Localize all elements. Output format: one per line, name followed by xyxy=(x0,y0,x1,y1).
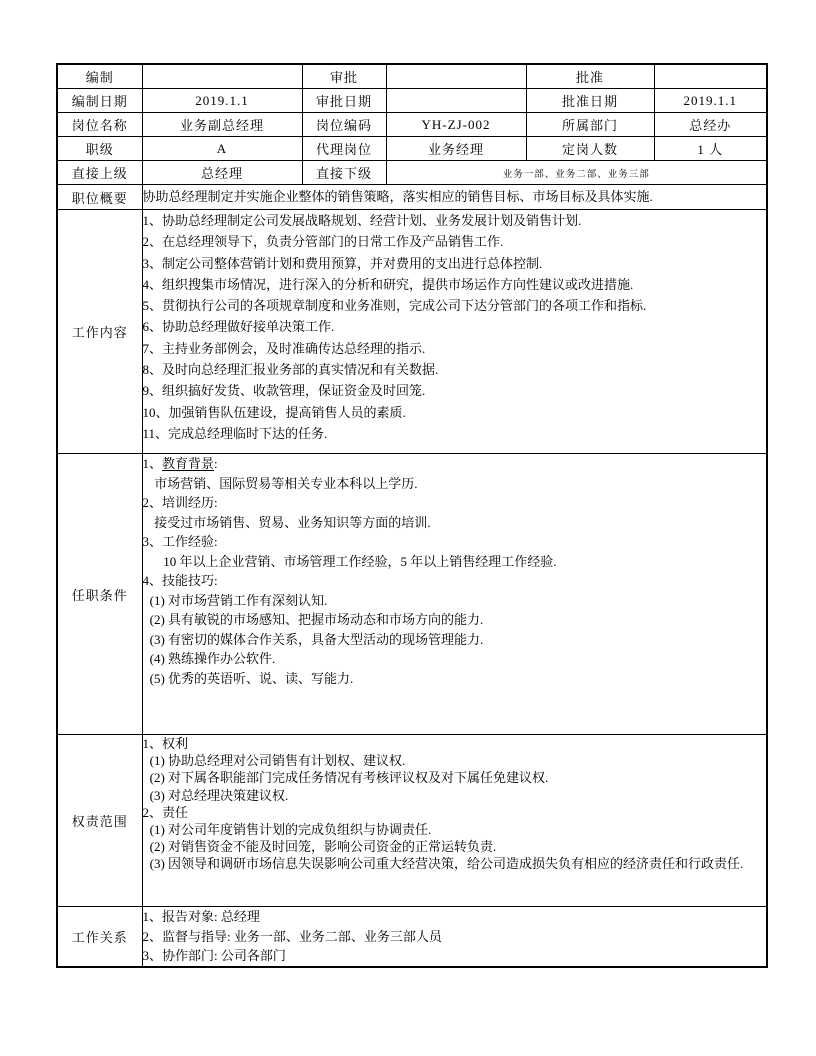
text-line: 3、协作部门: 公司各部门 xyxy=(143,946,767,966)
text-run: 2、监督与指导: 业务一部、业务二部、业务三部人员 xyxy=(143,929,442,944)
section-duties: 工作内容 1、协助总经理制定公司发展战略规划、经营计划、业务发展计划及销售计划.… xyxy=(57,210,767,454)
text-line: (3) 因领导和调研市场信息失误影响公司重大经营决策，给公司造成损失负有相应的经… xyxy=(143,855,767,872)
text-run: 4、组织搜集市场情况，进行深入的分析和研究，提供市场运作方向性建议或改进措施. xyxy=(143,277,634,292)
text-line: 11、完成总经理临时下达的任务. xyxy=(143,423,767,444)
info-label-cell: 职级 xyxy=(57,137,142,161)
section-authority: 权责范围 1、权利(1) 协助总经理对公司销售有计划权、建议权.(2) 对下属各… xyxy=(57,735,767,907)
info-label-cell: 审批 xyxy=(302,64,386,89)
text-line: 6、协助总经理做好接单决策工作. xyxy=(143,316,767,337)
info-value-cell: 总经办 xyxy=(654,113,767,137)
text-line: (1) 对公司年度销售计划的完成负组织与协调责任. xyxy=(143,821,767,838)
section-title-qualifications: 任职条件 xyxy=(57,454,142,735)
info-label-cell: 定岗人数 xyxy=(526,137,654,161)
text-run: : xyxy=(214,456,218,471)
info-value-cell: A xyxy=(142,137,302,161)
info-row: 岗位名称业务副总经理岗位编码YH-ZJ-002所属部门总经办 xyxy=(57,113,767,137)
section-qualifications: 任职条件 1、教育背景:市场营销、国际贸易等相关专业本科以上学历.2、培训经历:… xyxy=(57,454,767,735)
info-label-cell: 岗位编码 xyxy=(302,113,386,137)
text-line: (3) 有密切的媒体合作关系，具备大型活动的现场管理能力. xyxy=(143,630,767,650)
text-run: (1) 对公司年度销售计划的完成负组织与协调责任. xyxy=(150,822,432,837)
text-run: 1、权利 xyxy=(143,736,189,751)
text-line: 1、教育背景: xyxy=(143,454,767,474)
section-summary: 职位概要 协助总经理制定并实施企业整体的销售策略，落实相应的销售目标、市场目标及… xyxy=(57,185,767,210)
text-run: 10 年以上企业营销、市场管理工作经验，5 年以上销售经理工作经验. xyxy=(163,554,556,569)
text-line: 1、协助总经理制定公司发展战略规划、经营计划、业务发展计划及销售计划. xyxy=(143,210,767,231)
text-run: (2) 对销售资金不能及时回笼，影响公司资金的正常运转负责. xyxy=(150,839,497,854)
info-row: 编制审批批准 xyxy=(57,64,767,89)
text-line: (4) 熟练操作办公软件. xyxy=(143,649,767,669)
text-line: 2、监督与指导: 业务一部、业务二部、业务三部人员 xyxy=(143,927,767,947)
info-value-cell: 1 人 xyxy=(654,137,767,161)
section-title-authority: 权责范围 xyxy=(57,735,142,907)
text-line: 8、及时向总经理汇报业务部的真实情况和有关数据. xyxy=(143,359,767,380)
info-value-cell: 2019.1.1 xyxy=(142,89,302,113)
text-line: (1) 对市场营销工作有深刻认知. xyxy=(143,591,767,611)
text-run: 协助总经理制定并实施企业整体的销售策略，落实相应的销售目标、市场目标及具体实施. xyxy=(143,189,653,204)
text-run: 2、在总经理领导下，负责分管部门的日常工作及产品销售工作. xyxy=(143,234,504,249)
text-line: 5、贯彻执行公司的各项规章制度和业务准则，完成公司下达分管部门的各项工作和指标. xyxy=(143,295,767,316)
job-description-table: 编制审批批准编制日期2019.1.1审批日期批准日期2019.1.1岗位名称业务… xyxy=(56,63,768,968)
text-line: 3、制定公司整体营销计划和费用预算，并对费用的支出进行总体控制. xyxy=(143,253,767,274)
text-run: (3) 对总经理决策建议权. xyxy=(150,788,289,803)
text-line: 7、主持业务部例会，及时准确传达总经理的指示. xyxy=(143,338,767,359)
text-run: 2、培训经历: xyxy=(143,495,218,510)
info-label-cell: 编制日期 xyxy=(57,89,142,113)
text-line: 3、工作经验: xyxy=(143,532,767,552)
text-line: (1) 协助总经理对公司销售有计划权、建议权. xyxy=(143,752,767,769)
text-run: 3、协作部门: 公司各部门 xyxy=(143,948,286,963)
text-run: 5、贯彻执行公司的各项规章制度和业务准则，完成公司下达分管部门的各项工作和指标. xyxy=(143,298,647,313)
text-run: (2) 对下属各职能部门完成任务情况有考核评议权及对下属任免建议权. xyxy=(150,770,549,785)
text-run: 市场营销、国际贸易等相关专业本科以上学历. xyxy=(154,476,417,491)
text-run: 4、技能技巧: xyxy=(143,573,218,588)
info-row: 直接上级总经理直接下级业务一部、业务二部、业务三部 xyxy=(57,161,767,185)
text-line: 市场营销、国际贸易等相关专业本科以上学历. xyxy=(143,474,767,494)
text-line: (2) 对下属各职能部门完成任务情况有考核评议权及对下属任免建议权. xyxy=(143,769,767,786)
info-value-cell xyxy=(386,89,526,113)
section-content-summary: 协助总经理制定并实施企业整体的销售策略，落实相应的销售目标、市场目标及具体实施. xyxy=(142,185,767,210)
text-line: 1、报告对象: 总经理 xyxy=(143,907,767,927)
info-label-cell: 岗位名称 xyxy=(57,113,142,137)
document-page: 编制审批批准编制日期2019.1.1审批日期批准日期2019.1.1岗位名称业务… xyxy=(0,0,816,1056)
section-content-qualifications: 1、教育背景:市场营销、国际贸易等相关专业本科以上学历.2、培训经历:接受过市场… xyxy=(142,454,767,735)
text-line: (2) 对销售资金不能及时回笼，影响公司资金的正常运转负责. xyxy=(143,838,767,855)
text-run: 1、 xyxy=(143,456,163,471)
info-value-cell: 业务副总经理 xyxy=(142,113,302,137)
info-label-cell: 所属部门 xyxy=(526,113,654,137)
section-relations: 工作关系 1、报告对象: 总经理2、监督与指导: 业务一部、业务二部、业务三部人… xyxy=(57,907,767,967)
info-row: 职级A代理岗位业务经理定岗人数1 人 xyxy=(57,137,767,161)
section-content-relations: 1、报告对象: 总经理2、监督与指导: 业务一部、业务二部、业务三部人员3、协作… xyxy=(142,907,767,967)
info-value-cell: YH-ZJ-002 xyxy=(386,113,526,137)
text-line: (5) 优秀的英语听、说、读、写能力. xyxy=(143,669,767,689)
text-run: 1、报告对象: 总经理 xyxy=(143,909,260,924)
section-title-duties: 工作内容 xyxy=(57,210,142,454)
text-run: (1) 对市场营销工作有深刻认知. xyxy=(150,593,328,608)
underlined-text: 教育背景 xyxy=(162,456,214,471)
info-value-cell xyxy=(386,64,526,89)
text-line: (3) 对总经理决策建议权. xyxy=(143,787,767,804)
text-line: 2、培训经历: xyxy=(143,493,767,513)
text-line: 协助总经理制定并实施企业整体的销售策略，落实相应的销售目标、市场目标及具体实施. xyxy=(143,186,767,208)
text-run: (2) 具有敏锐的市场感知、把握市场动态和市场方向的能力. xyxy=(150,612,484,627)
section-content-duties: 1、协助总经理制定公司发展战略规划、经营计划、业务发展计划及销售计划.2、在总经… xyxy=(142,210,767,454)
text-run: 8、及时向总经理汇报业务部的真实情况和有关数据. xyxy=(143,362,439,377)
section-title-summary: 职位概要 xyxy=(57,185,142,210)
section-content-authority: 1、权利(1) 协助总经理对公司销售有计划权、建议权.(2) 对下属各职能部门完… xyxy=(142,735,767,907)
text-run: 7、主持业务部例会，及时准确传达总经理的指示. xyxy=(143,341,426,356)
text-line: 2、责任 xyxy=(143,804,767,821)
sections-grid: 职位概要 协助总经理制定并实施企业整体的销售策略，落实相应的销售目标、市场目标及… xyxy=(57,185,767,967)
info-label-cell: 代理岗位 xyxy=(302,137,386,161)
info-label-cell: 直接下级 xyxy=(302,161,386,185)
text-line: 1、权利 xyxy=(143,735,767,752)
text-run: 11、完成总经理临时下达的任务. xyxy=(143,426,328,441)
info-value-cell: 业务经理 xyxy=(386,137,526,161)
text-run: 3、工作经验: xyxy=(143,534,218,549)
text-run: 2、责任 xyxy=(143,805,189,820)
info-label-cell: 编制 xyxy=(57,64,142,89)
text-line: 4、组织搜集市场情况，进行深入的分析和研究，提供市场运作方向性建议或改进措施. xyxy=(143,274,767,295)
text-line: (2) 具有敏锐的市场感知、把握市场动态和市场方向的能力. xyxy=(143,610,767,630)
info-value-cell xyxy=(654,64,767,89)
text-run: (1) 协助总经理对公司销售有计划权、建议权. xyxy=(150,753,406,768)
info-value-cell xyxy=(142,64,302,89)
text-run: 接受过市场销售、贸易、业务知识等方面的培训. xyxy=(154,515,430,530)
info-grid: 编制审批批准编制日期2019.1.1审批日期批准日期2019.1.1岗位名称业务… xyxy=(57,64,767,185)
info-row: 编制日期2019.1.1审批日期批准日期2019.1.1 xyxy=(57,89,767,113)
section-title-relations: 工作关系 xyxy=(57,907,142,967)
text-line: 10、加强销售队伍建设，提高销售人员的素质. xyxy=(143,402,767,423)
text-run: 9、组织搞好发货、收款管理，保证资金及时回笼. xyxy=(143,383,426,398)
text-line: 接受过市场销售、贸易、业务知识等方面的培训. xyxy=(143,513,767,533)
text-line: 2、在总经理领导下，负责分管部门的日常工作及产品销售工作. xyxy=(143,231,767,252)
info-value-cell: 总经理 xyxy=(142,161,302,185)
text-run: 1、协助总经理制定公司发展战略规划、经营计划、业务发展计划及销售计划. xyxy=(143,213,582,228)
text-line: 10 年以上企业营销、市场管理工作经验，5 年以上销售经理工作经验. xyxy=(143,552,767,572)
info-label-cell: 直接上级 xyxy=(57,161,142,185)
info-label-cell: 审批日期 xyxy=(302,89,386,113)
text-line: 9、组织搞好发货、收款管理，保证资金及时回笼. xyxy=(143,380,767,401)
text-run: (5) 优秀的英语听、说、读、写能力. xyxy=(150,671,354,686)
text-run: (3) 因领导和调研市场信息失误影响公司重大经营决策，给公司造成损失负有相应的经… xyxy=(150,856,744,871)
text-run: 10、加强销售队伍建设，提高销售人员的素质. xyxy=(143,405,406,420)
info-label-cell: 批准日期 xyxy=(526,89,654,113)
info-value-cell: 业务一部、业务二部、业务三部 xyxy=(386,161,767,185)
text-run: (4) 熟练操作办公软件. xyxy=(150,651,276,666)
text-line: 4、技能技巧: xyxy=(143,571,767,591)
text-run: (3) 有密切的媒体合作关系，具备大型活动的现场管理能力. xyxy=(150,632,484,647)
info-value-cell: 2019.1.1 xyxy=(654,89,767,113)
info-label-cell: 批准 xyxy=(526,64,654,89)
text-run: 3、制定公司整体营销计划和费用预算，并对费用的支出进行总体控制. xyxy=(143,256,543,271)
text-run: 6、协助总经理做好接单决策工作. xyxy=(143,319,335,334)
